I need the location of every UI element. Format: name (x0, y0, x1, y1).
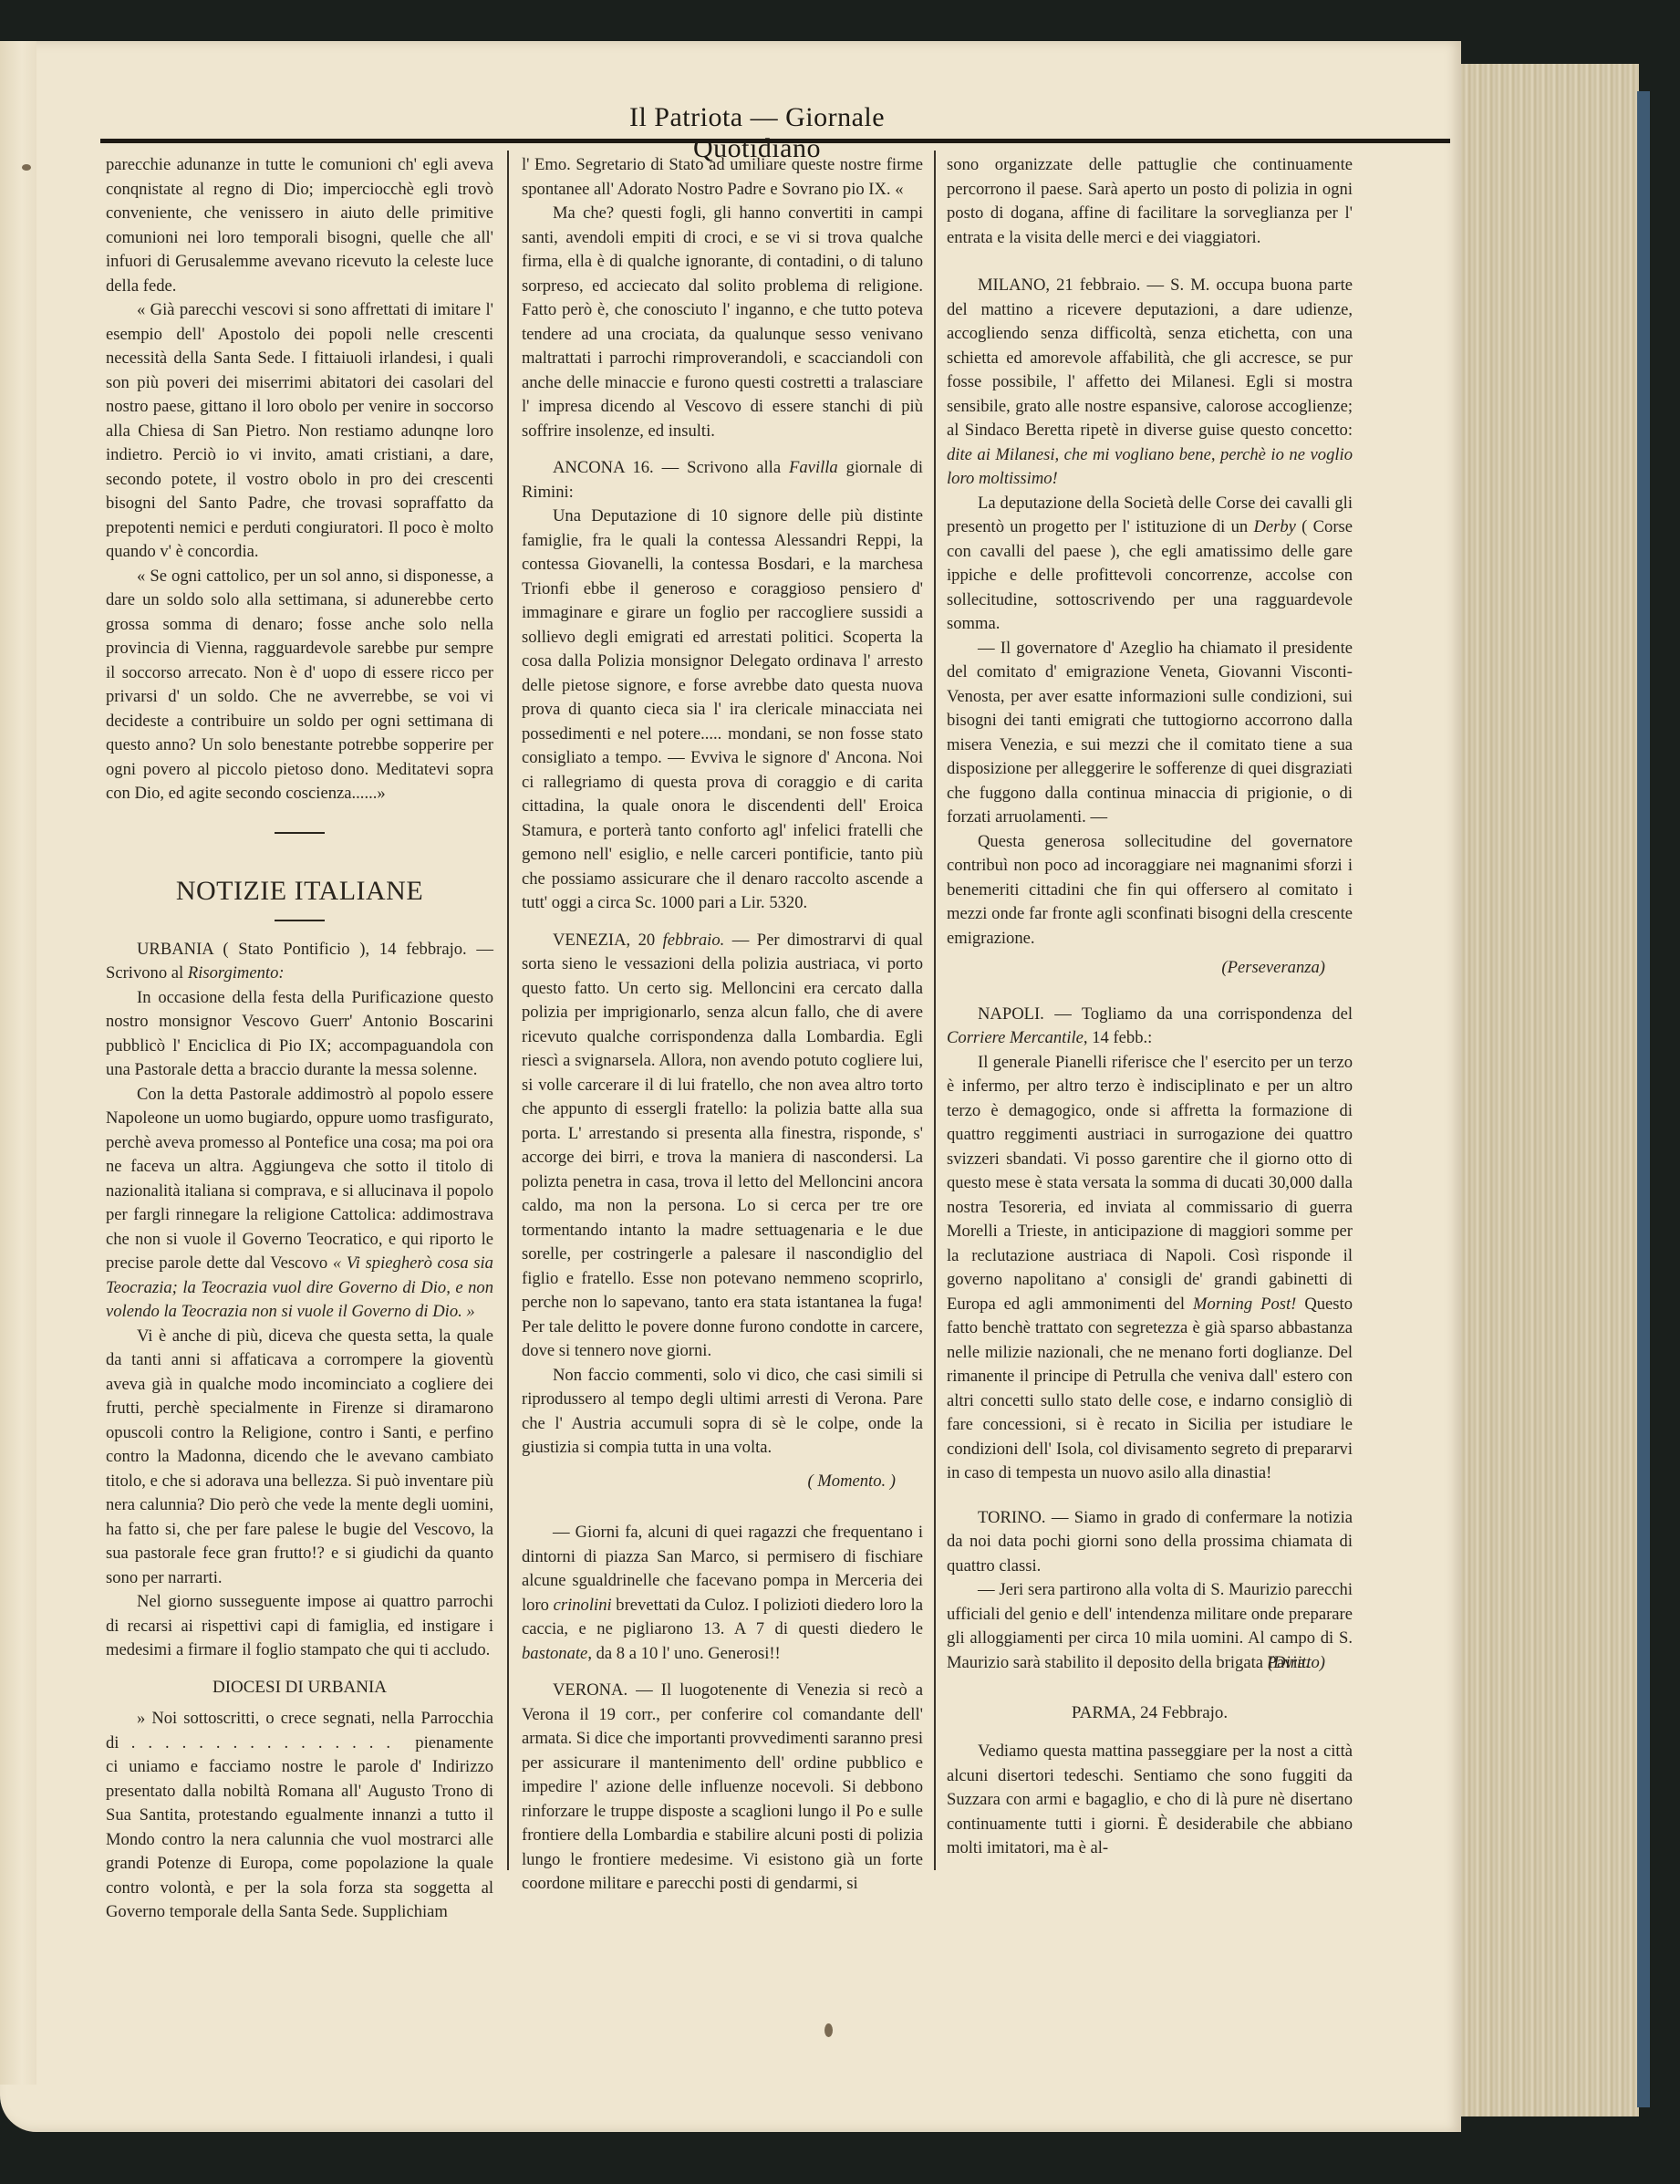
column-divider-right (934, 151, 936, 1870)
paragraph: VERONA. — Il luogotenente di Venezia si … (522, 1679, 923, 1897)
source-name: Favilla (789, 458, 838, 477)
paragraph: « Già parecchi vescovi si sono affrettat… (106, 298, 493, 565)
paragraph: Con la detta Pastorale addimostrò al pop… (106, 1083, 493, 1325)
column-divider-left (507, 151, 509, 1870)
paragraph: Vi è anche di più, diceva che questa set… (106, 1325, 493, 1591)
paragraph: l' Emo. Segretario di Stato ad umiliare … (522, 153, 923, 202)
paragraph: MILANO, 21 febbraio. — S. M. occupa buon… (947, 274, 1353, 492)
masthead-rule (100, 139, 1450, 143)
paragraph: parecchie adunanze in tutte le comunioni… (106, 153, 493, 298)
paragraph: — Giorni fa, alcuni di quei ragazzi che … (522, 1521, 923, 1666)
ink-stain (824, 2023, 833, 2037)
source-attribution: (Perseveranza) (947, 956, 1353, 981)
paragraph: Ma che? questi fogli, gli hanno converti… (522, 202, 923, 443)
paragraph: » Noi sottoscritti, o crece segnati, nel… (106, 1707, 493, 1925)
subsection-title: DIOCESI DI URBANIA (106, 1676, 493, 1700)
article-dateline: NAPOLI. — Togliamo da una corrispondenza… (947, 1003, 1353, 1051)
paragraph: sono organizzate delle pattuglie che con… (947, 153, 1353, 250)
book-page-edges (1461, 64, 1639, 2116)
paragraph: Vediamo questa mattina passeggiare per l… (947, 1740, 1353, 1861)
paragraph: Questa generosa sollecitudine del govern… (947, 830, 1353, 952)
ink-stain (22, 164, 31, 171)
paragraph: In occasione della festa della Purificaz… (106, 986, 493, 1083)
paragraph: La deputazione della Società delle Corse… (947, 492, 1353, 637)
paragraph: Nel giorno susseguente impose ai quattro… (106, 1590, 493, 1663)
paragraph: VENEZIA, 20 febbraio. — Per dimostrarvi … (522, 929, 923, 1364)
book-cover-edge (1637, 91, 1650, 2107)
article-dateline: ANCONA 16. — Scrivono alla Favilla giorn… (522, 456, 923, 504)
left-column: parecchie adunanze in tutte le comunioni… (106, 153, 493, 1925)
book-gutter (0, 41, 36, 2085)
article-dateline: URBANIA ( Stato Pontificio ), 14 febbraj… (106, 938, 493, 986)
subsection-title: PARMA, 24 Febbrajo. (947, 1701, 1353, 1726)
paragraph: TORINO. — Siamo in grado di confermare l… (947, 1506, 1353, 1579)
source-name: Corriere Mercantile (947, 1028, 1084, 1047)
divider-rule (275, 832, 325, 834)
middle-column: l' Emo. Segretario di Stato ad umiliare … (522, 153, 923, 1897)
paragraph: « Se ogni cattolico, per un sol anno, si… (106, 565, 493, 806)
source-name: Risorgimento: (188, 963, 285, 983)
divider-rule (275, 920, 325, 921)
paragraph: — Il governatore d' Azeglio ha chiamato … (947, 637, 1353, 830)
right-column: sono organizzate delle pattuglie che con… (947, 153, 1353, 1861)
article-date: febbraio. (663, 931, 725, 950)
blank-dots: ................ (131, 1733, 403, 1752)
paragraph: Non faccio commenti, solo vi dico, che c… (522, 1364, 923, 1461)
paragraph: Una Deputazione di 10 signore delle più … (522, 504, 923, 916)
section-title: NOTIZIE ITALIANE (106, 876, 493, 907)
paragraph: Il generale Pianelli riferisce che l' es… (947, 1051, 1353, 1486)
quoted-text: dite ai Milanesi, che mi vogliano bene, … (947, 445, 1353, 489)
source-attribution: ( Momento. ) (522, 1470, 923, 1494)
